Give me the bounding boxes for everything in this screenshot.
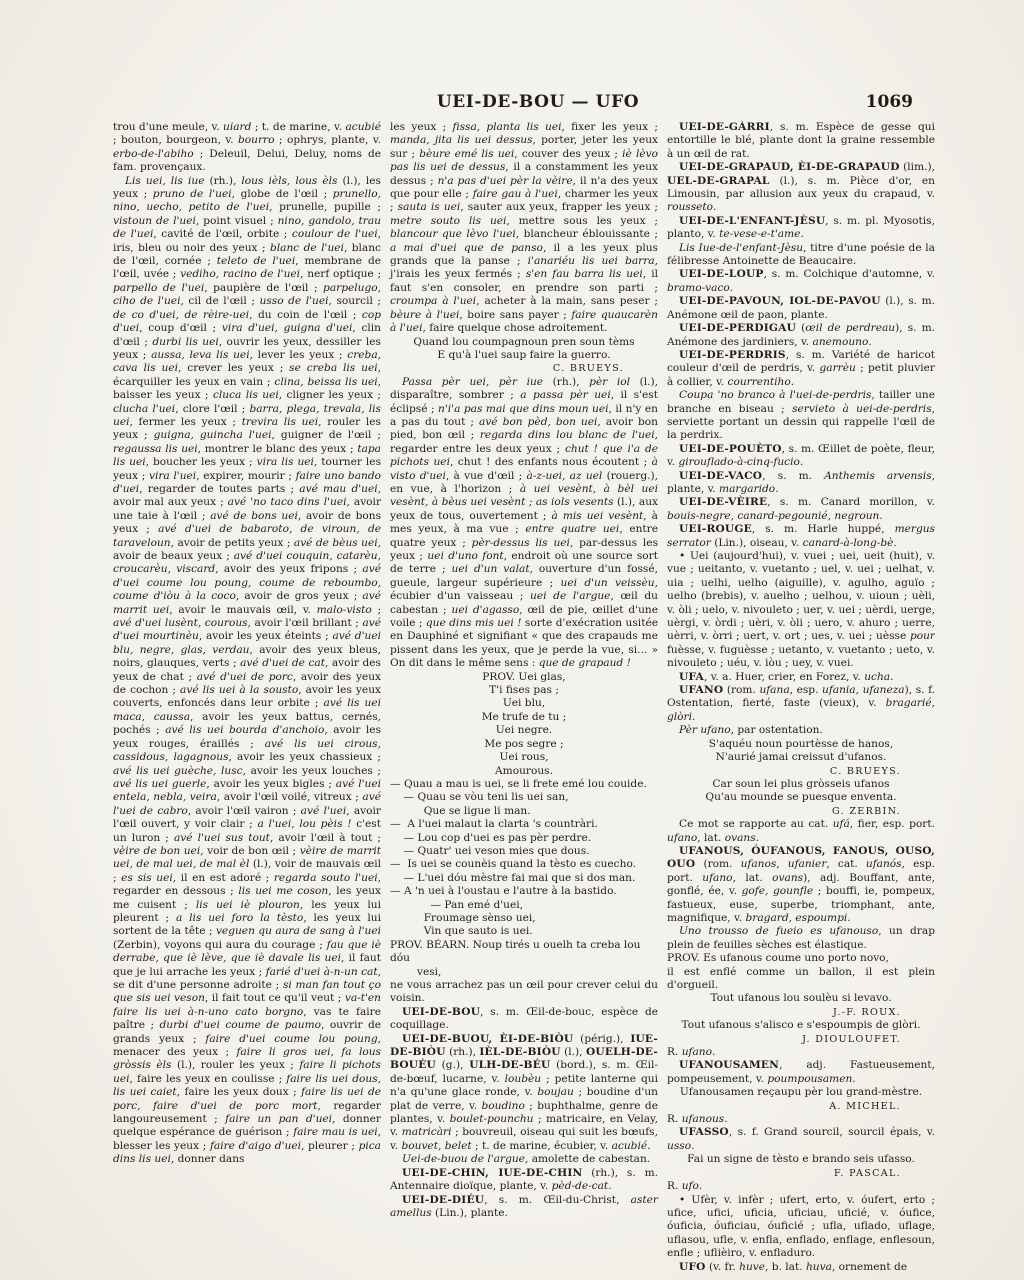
- proverb-line: — A 'n uei à l'oustau e l'autre à la bas…: [390, 885, 658, 898]
- verse-quotation: Ufanousamen reçaupu pèr lou grand-mèstre…: [667, 1086, 935, 1099]
- verse-line: S'aquéu noun pourtèsse de hanos,: [667, 738, 935, 751]
- paragraph: UFO (v. fr. huve, b. lat. huva, ornement…: [667, 1261, 935, 1273]
- paragraph: Ce mot se rapporte au cat. ufá, fier, es…: [667, 818, 935, 845]
- paragraph-continuation: R. ufanous.: [667, 1113, 935, 1126]
- attribution: J.-F. ROUX.: [667, 1006, 935, 1019]
- proverb-line: — Quatr' uei veson mies que dous.: [390, 845, 658, 858]
- paragraph: Coupa 'no branco à l'uei-de-perdris, tai…: [667, 389, 935, 443]
- verse-line: Uei negre.: [390, 724, 658, 737]
- paragraph: UEI-DE-L'ENFANT-JÈSU, s. m. pl. Myosotis…: [667, 215, 935, 242]
- attribution: A. MICHEL.: [667, 1100, 935, 1113]
- verse-line: Fai un signe de tèsto e brando seis ufas…: [667, 1153, 935, 1166]
- verse-line: Tout ufanous lou soulèu si levavo.: [667, 992, 935, 1005]
- paragraph: UEI-DE-CHIN, IUE-DE-CHIN (rh.), s. m. An…: [390, 1167, 658, 1194]
- proverb-line: — Is uei se counèis quand la tèsto es cu…: [390, 858, 658, 871]
- text-columns: trou d'une meule, v. uiard ; t. de marin…: [113, 121, 935, 1273]
- attribution: G. ZERBIN.: [667, 805, 935, 818]
- paragraph: UFA, v. a. Huer, crier, en Forez, v. uch…: [667, 671, 935, 684]
- verse-line: Ufanousamen reçaupu pèr lou grand-mèstre…: [667, 1086, 935, 1099]
- paragraph: UEI-DE-POUÈTO, s. m. Œillet de poète, fl…: [667, 443, 935, 470]
- attribution: C. BRUEYS.: [390, 362, 658, 375]
- verse-quotation: Quand lou coumpagnoun pren soun tèmsE qu…: [390, 336, 658, 363]
- paragraph: UFASSO, s. f. Grand sourcil, sourcil épa…: [667, 1126, 935, 1153]
- page-number: 1069: [866, 92, 913, 112]
- paragraph: UEI-DE-VÈIRE, s. m. Canard morillon, v. …: [667, 496, 935, 523]
- paragraph-continuation: R. ufano.: [667, 1046, 935, 1059]
- paragraph: UEI-DE-PAVOUN, IOL-DE-PAVOU (l.), s. m. …: [667, 295, 935, 322]
- paragraph-continuation: R. ufo.: [667, 1180, 935, 1193]
- attribution: C. BRUEYS.: [667, 765, 935, 778]
- paragraph: Passa pèr uei, pèr iue (rh.), pèr iol (l…: [390, 376, 658, 671]
- paragraph: UFANOUSAMEN, adj. Fastueusement, pompeus…: [667, 1059, 935, 1086]
- verse-line: N'aurié jamai creissut d'ufanos.: [667, 751, 935, 764]
- paragraph: Uno trousso de fueio es ufanouso, un dra…: [667, 925, 935, 952]
- paragraph: Lis uei, lis iue (rh.), lous ièls, lous …: [113, 175, 381, 1167]
- verse-quotation: Car soun lei plus gròsseis ufanosQu'au m…: [667, 778, 935, 805]
- paragraph: UEI-DE-PERDIGAU (œil de perdreau), s. m.…: [667, 322, 935, 349]
- verse-quotation: Tout ufanous lou soulèu si levavo.: [667, 992, 935, 1005]
- verse-line: Quand lou coumpagnoun pren soun tèms: [390, 336, 658, 349]
- verse-line: Me trufe de tu ;: [390, 711, 658, 724]
- paragraph: UEI-DE-VACO, s. m. Anthemis arvensis, pl…: [667, 470, 935, 497]
- paragraph: UEI-DE-BUOU, ÈI-DE-BIÒU (périg.), IUE-DE…: [390, 1033, 658, 1154]
- verse-line: Tout ufanous s'alisco e s'espoumpis de g…: [667, 1019, 935, 1032]
- attribution: J. DIOULOUFET.: [667, 1033, 935, 1046]
- paragraph: UEI-DE-LOUP, s. m. Colchique d'automne, …: [667, 268, 935, 295]
- verse-line: Uei blu,: [390, 697, 658, 710]
- dictionary-page-scan: UEI-DE-BOU — UFO 1069 trou d'une meule, …: [0, 0, 1024, 1280]
- verse-quotation: Fai un signe de tèsto e brando seis ufas…: [667, 1153, 935, 1166]
- proverb-block: PROV. Es ufanous coume uno porto novo,: [667, 952, 935, 965]
- running-head: UEI-DE-BOU — UFO 1069: [113, 92, 935, 118]
- paragraph: UEI-DE-DIÉU, s. m. Œil-du-Christ, aster …: [390, 1194, 658, 1221]
- paragraph: UEI-DE-GÀRRI, s. m. Espèce de gesse qui …: [667, 121, 935, 161]
- paragraph: UEI-DE-GRAPAUD, ÈI-DE-GRAPAUD (lim.), UE…: [667, 161, 935, 215]
- verse-quotation: S'aquéu noun pourtèsse de hanos,N'aurié …: [667, 738, 935, 765]
- proverb-line: Vin que sauto is uei.: [390, 925, 658, 938]
- paragraph: • Uei (aujourd'hui), v. vuei ; uei, ueit…: [667, 550, 935, 671]
- verse-line: T'i fises pas ;: [390, 684, 658, 697]
- running-title: UEI-DE-BOU — UFO: [127, 92, 949, 112]
- paragraph: UFANO (rom. ufana, esp. ufania, ufaneza)…: [667, 684, 935, 724]
- paragraph-continuation: les yeux ; fissa, planta lis uei, fixer …: [390, 121, 658, 336]
- paragraph: Uei-de-buou de l'argue, amolette de cabe…: [390, 1153, 658, 1166]
- verse-line: Car soun lei plus gròsseis ufanos: [667, 778, 935, 791]
- proverb-line: PROV. BÉARN. Noup tirés u ouelh ta creba…: [390, 939, 658, 966]
- proverb-line: — Quau a mau is uei, se li frete emé lou…: [390, 778, 658, 791]
- verse-line: Me pos segre ;: [390, 738, 658, 751]
- proverb-line: — A l'uei malaut la clarta 's countràri.: [390, 818, 658, 831]
- attribution: F. PASCAL.: [667, 1167, 935, 1180]
- proverb-line: PROV. Es ufanous coume uno porto novo,: [667, 952, 935, 965]
- proverb-line: — Pan emé d'uei,: [390, 899, 658, 912]
- paragraph: • Ufèr, v. infèr ; ufert, erto, v. óufer…: [667, 1194, 935, 1261]
- paragraph: UEI-DE-PERDRIS, s. m. Variété de haricot…: [667, 349, 935, 389]
- column-3: UEI-DE-GÀRRI, s. m. Espèce de gesse qui …: [667, 121, 935, 1273]
- verse-line: Uei rous,: [390, 751, 658, 764]
- verse-line: Amourous.: [390, 765, 658, 778]
- paragraph: UFANOUS, ÓUFANOUS, FANOUS, OUSO, OUO (ro…: [667, 845, 935, 925]
- proverb-line: Froumage sènso uei,: [390, 912, 658, 925]
- verse-quotation: PROV. Uei glas,T'i fises pas ;Uei blu,Me…: [390, 671, 658, 778]
- paragraph: UEI-DE-BOU, s. m. Œil-de-bouc, espèce de…: [390, 1006, 658, 1033]
- proverb-line: Que se ligue li man.: [390, 805, 658, 818]
- paragraph: UEI-ROUGE, s. m. Harle huppé, mergus ser…: [667, 523, 935, 550]
- proverb-block: — Quau a mau is uei, se li frete emé lou…: [390, 778, 658, 939]
- verse-line: Qu'au mounde se puesque enventa.: [667, 791, 935, 804]
- paragraph-continuation: il est enflé comme un ballon, il est ple…: [667, 966, 935, 993]
- column-2: les yeux ; fissa, planta lis uei, fixer …: [390, 121, 658, 1273]
- proverb-line: — Lou cop d'uei es pas pèr perdre.: [390, 832, 658, 845]
- proverb-line: — L'uei dóu mèstre fai mai que si dos ma…: [390, 872, 658, 885]
- verse-line: PROV. Uei glas,: [390, 671, 658, 684]
- verse-quotation: Tout ufanous s'alisco e s'espoumpis de g…: [667, 1019, 935, 1032]
- paragraph: Pèr ufano, par ostentation.: [667, 724, 935, 737]
- column-1: trou d'une meule, v. uiard ; t. de marin…: [113, 121, 381, 1273]
- proverb-line: vesi,: [390, 966, 658, 979]
- paragraph: Lis Iue-de-l'enfant-Jèsu, titre d'une po…: [667, 242, 935, 269]
- proverb-block: PROV. BÉARN. Noup tirés u ouelh ta creba…: [390, 939, 658, 979]
- paragraph-continuation: ne vous arrachez pas un œil pour crever …: [390, 979, 658, 1006]
- proverb-line: — Quau se vòu teni lis uei san,: [390, 791, 658, 804]
- paragraph-continuation: trou d'une meule, v. uiard ; t. de marin…: [113, 121, 381, 175]
- verse-line: E qu'à l'uei saup faire la guerro.: [390, 349, 658, 362]
